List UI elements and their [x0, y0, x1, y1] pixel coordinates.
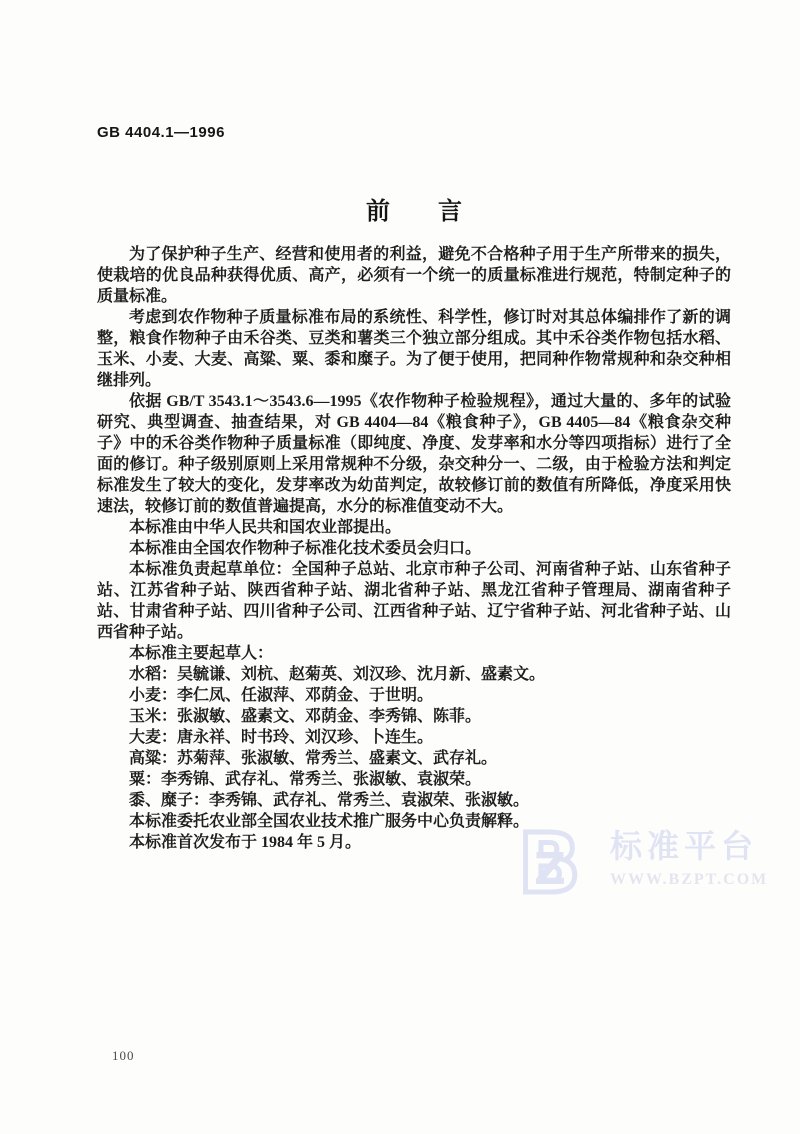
watermark-url: WWW.BZPT.COM — [610, 871, 768, 889]
drafters-wheat: 小麦：李仁凤、任淑萍、邓荫金、于世明。 — [97, 685, 731, 706]
document-page: GB 4404.1—1996 前 言 为了保护种子生产、经营和使用者的利益，避免… — [0, 0, 800, 1134]
document-content: GB 4404.1—1996 前 言 为了保护种子生产、经营和使用者的利益，避免… — [97, 124, 731, 853]
paragraph-proposed-by: 本标准由中华人民共和国农业部提出。 — [97, 517, 731, 538]
drafters-broomcorn-millet: 黍、糜子：李秀锦、武存礼、常秀兰、袁淑荣、张淑敏。 — [97, 790, 731, 811]
paragraph-drafters-heading: 本标准主要起草人： — [97, 643, 731, 664]
drafters-millet: 粟：李秀锦、武存礼、常秀兰、张淑敏、袁淑荣。 — [97, 769, 731, 790]
paragraph-drafting-organizations: 本标准负责起草单位：全国种子总站、北京市种子公司、河南省种子站、山东省种子站、江… — [97, 559, 731, 643]
paragraph-intro: 为了保护种子生产、经营和使用者的利益，避免不合格种子用于生产所带来的损失，使栽培… — [97, 244, 731, 307]
paragraph-first-issued: 本标准首次发布于 1984 年 5 月。 — [97, 832, 731, 853]
document-body: 为了保护种子生产、经营和使用者的利益，避免不合格种子用于生产所带来的损失，使栽培… — [97, 244, 731, 853]
page-number: 100 — [112, 1048, 135, 1064]
paragraph-revision: 依据 GB/T 3543.1～3543.6—1995《农作物种子检验规程》，通过… — [97, 391, 731, 517]
paragraph-interpretation: 本标准委托农业部全国农业技术推广服务中心负责解释。 — [97, 811, 731, 832]
paragraph-layout: 考虑到农作物种子质量标准布局的系统性、科学性，修订时对其总体编排作了新的调整，粮… — [97, 307, 731, 391]
paragraph-centralized-by: 本标准由全国农作物种子标准化技术委员会归口。 — [97, 538, 731, 559]
drafters-sorghum: 高粱：苏菊萍、张淑敏、常秀兰、盛素文、武存礼。 — [97, 748, 731, 769]
drafters-maize: 玉米：张淑敏、盛素文、邓荫金、李秀锦、陈菲。 — [97, 706, 731, 727]
drafters-rice: 水稻：吴毓谦、刘杭、赵菊英、刘汉珍、沈月新、盛素文。 — [97, 664, 731, 685]
drafters-barley: 大麦：唐永祥、时书玲、刘汉珍、卜连生。 — [97, 727, 731, 748]
page-title: 前 言 — [97, 199, 731, 225]
standard-number: GB 4404.1—1996 — [97, 124, 731, 142]
